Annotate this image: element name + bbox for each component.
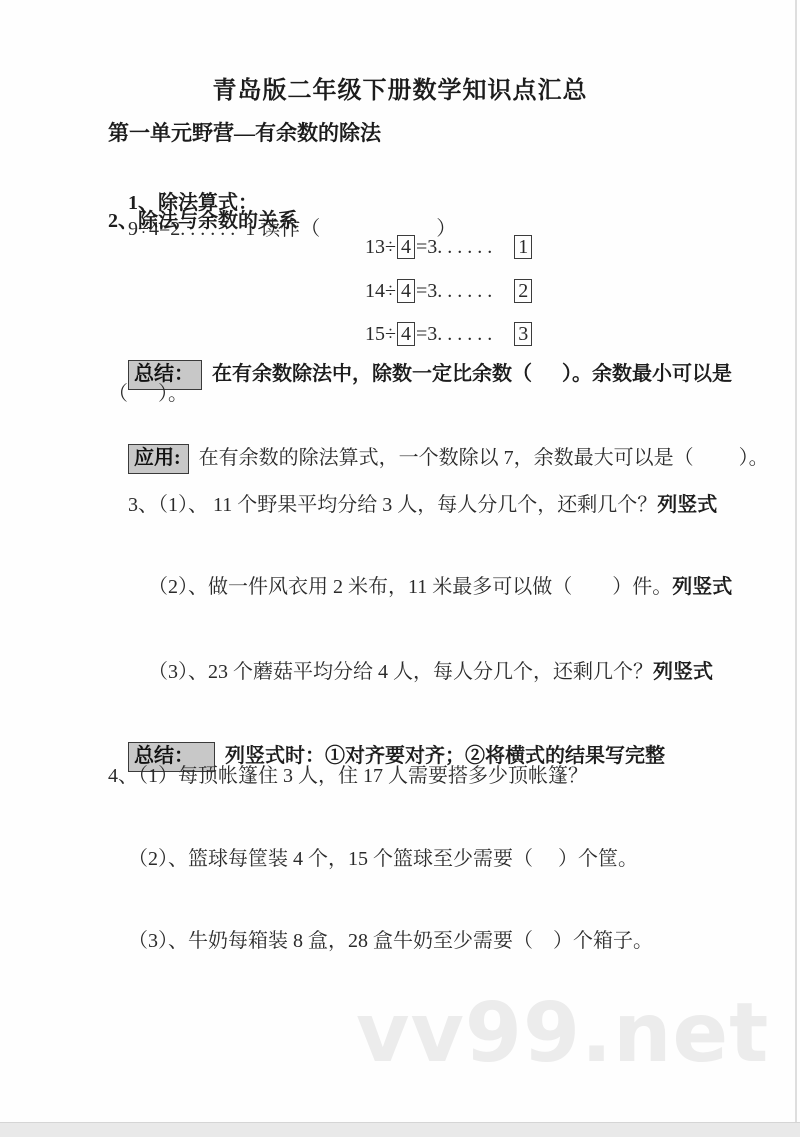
vertical-form-label: 列竖式 (672, 576, 732, 598)
item-2-label: 2、除法与余数的关系 (108, 208, 298, 234)
question-4-1: 4、（1）每顶帐篷住 3 人，住 17 人需要搭多少顶帐篷？ (108, 763, 588, 789)
page-bottom-edge (0, 1122, 800, 1137)
question-text: 3、（1）、 11 个野果平均分给 3 人，每人分几个，还剩几个？ (128, 494, 657, 516)
document-title: 青岛版二年级下册数学知识点汇总 (0, 78, 800, 104)
watermark: vv99.net (356, 986, 769, 1081)
question-text: （3）、23 个蘑菇平均分给 4 人，每人分几个，还剩几个？ (148, 661, 653, 683)
question-3-2: （2）、做一件风衣用 2 米布，11 米最多可以做（ ）件。列竖式 (128, 548, 732, 626)
summary-1-text: 在有余数除法中，除数一定比余数（ ）。余数最小可以是 (212, 363, 732, 385)
question-4-3: （3）、牛奶每箱装 8 盒，28 盒牛奶至少需要（ ）个箱子。 (128, 928, 653, 954)
vertical-form-label: 列竖式 (657, 494, 717, 516)
summary-1-line: 总结：在有余数除法中，除数一定比余数（ ）。余数最小可以是 (108, 334, 732, 416)
summary-1-continuation: （ ）。 (108, 381, 188, 407)
question-4-2: （2）、篮球每筐装 4 个，15 个篮球至少需要（ ）个筐。 (128, 846, 638, 872)
question-3-3: （3）、23 个蘑菇平均分给 4 人，每人分几个，还剩几个？列竖式 (128, 633, 713, 711)
question-3-1: 3、（1）、 11 个野果平均分给 3 人，每人分几个，还剩几个？列竖式 (108, 466, 717, 544)
question-text: （2）、做一件风衣用 2 米布，11 米最多可以做（ ）件。 (148, 576, 672, 598)
section-heading: 第一单元野营—有余数的除法 (108, 120, 381, 146)
vertical-form-label: 列竖式 (653, 661, 713, 683)
page-right-edge (795, 0, 797, 1137)
document-page: vv99.net 青岛版二年级下册数学知识点汇总 第一单元野营—有余数的除法 1… (0, 0, 800, 1137)
